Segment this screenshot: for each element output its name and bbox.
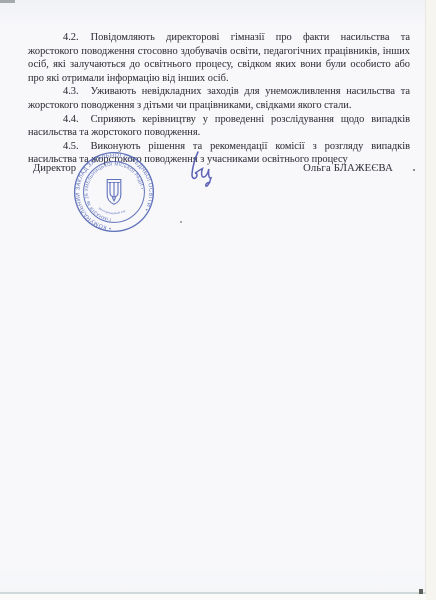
clause-number: 4.2. [63, 32, 79, 43]
svg-text:ідентифікаційний код: ідентифікаційний код [98, 206, 126, 215]
scan-top-edge-mark [0, 0, 15, 3]
clause-number: 4.4. [63, 114, 79, 125]
clause-text: Сприяють керівництву у проведенні розслі… [28, 114, 410, 139]
trident-icon [107, 180, 121, 205]
clause-number: 4.3. [63, 86, 79, 97]
clause-text: Повідомляють директорові гімназії про фа… [28, 32, 410, 84]
scan-speck [419, 589, 423, 594]
clause-4-3: 4.3.Уживають невідкладних заходів для ун… [28, 85, 410, 112]
clause-text: Уживають невідкладних заходів для унемож… [28, 86, 410, 111]
signer-name: Ольга БЛАЖЕЄВА [303, 163, 393, 174]
scan-right-edge [425, 0, 436, 600]
stamp-id-code-text: ідентифікаційний код [98, 206, 126, 215]
scan-speck [413, 169, 415, 171]
scan-speck [180, 221, 182, 223]
clause-4-2: 4.2.Повідомляють директорові гімназії пр… [28, 31, 410, 85]
director-signature-icon [183, 149, 225, 197]
clause-4-4: 4.4.Сприяють керівництву у проведенні ро… [28, 113, 410, 140]
official-stamp-seal-icon: • КОМУНАЛЬНИЙ ЗАКЛАД ЗАГАЛЬНОЇ СЕРЕДНЬОЇ… [64, 142, 164, 242]
scan-bottom-margin [0, 594, 426, 600]
scanned-page: 4.2.Повідомляють директорові гімназії пр… [0, 0, 436, 600]
